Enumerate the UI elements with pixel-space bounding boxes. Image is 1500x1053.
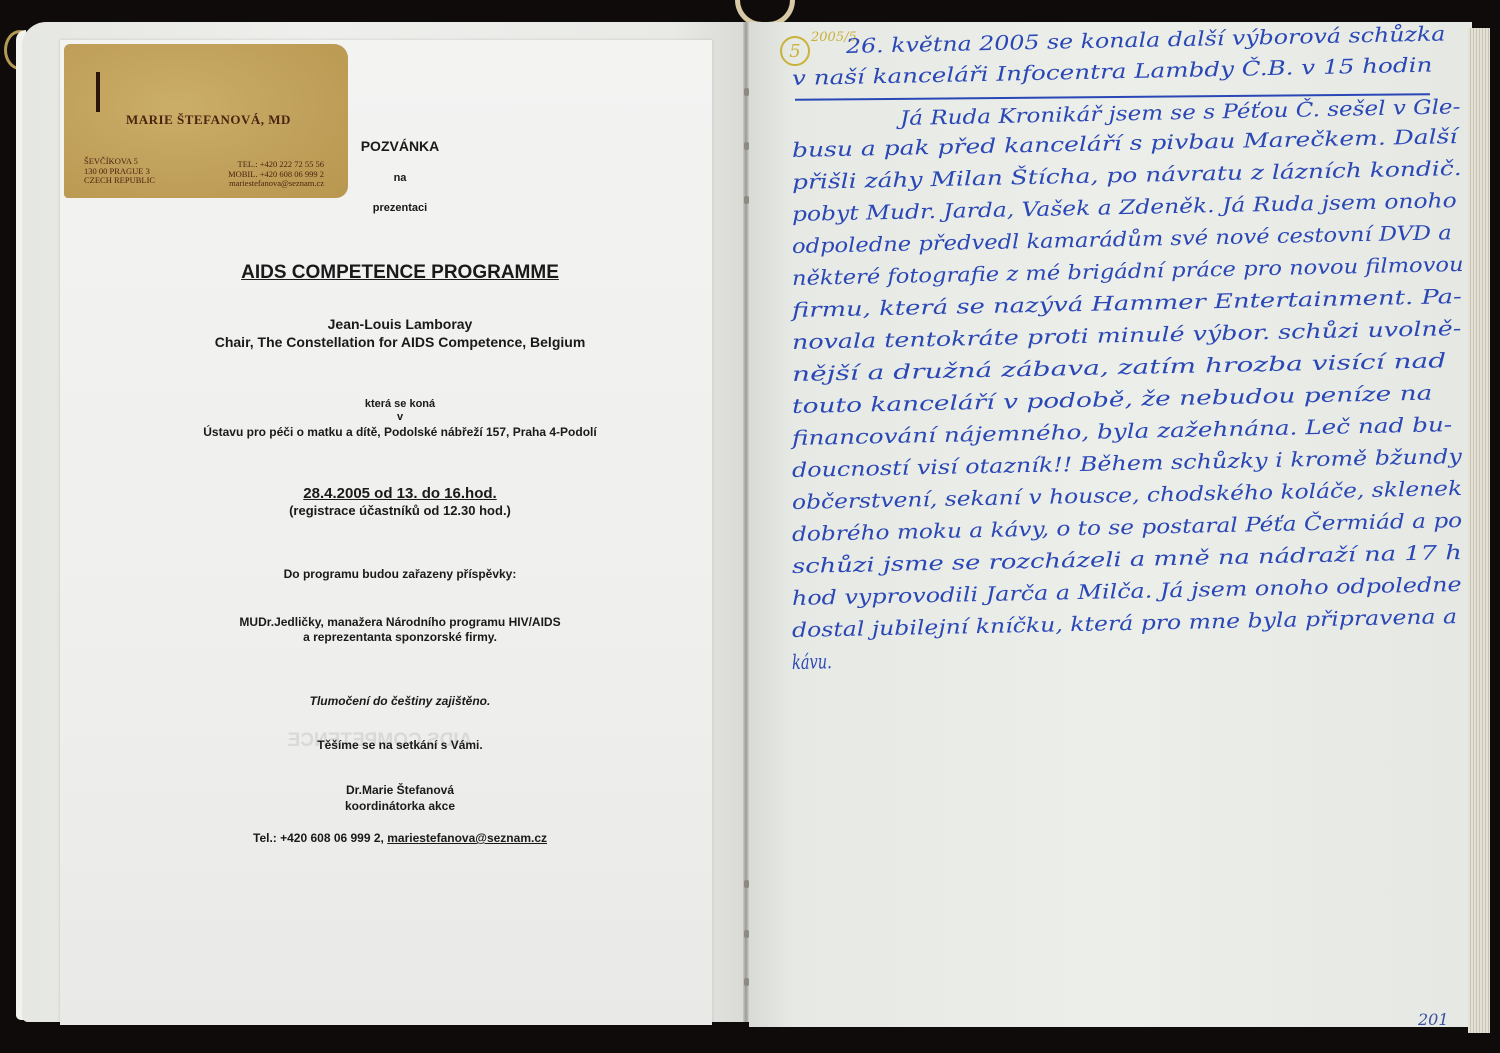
business-card: MARIE ŠTEFANOVÁ, MD ŠEVČÍKOVA 5 130 00 P… [64,44,348,198]
card-name: MARIE ŠTEFANOVÁ, MD [126,112,291,128]
speaker-role: Chair, The Constellation for AIDS Compet… [60,334,740,350]
translation-note: Tlumočení do češtiny zajištěno. [60,694,740,708]
invitation-na: na [340,172,460,184]
speaker-name: Jean-Louis Lamboray [60,316,740,332]
venue-intro: která se koná [60,398,740,410]
card-contact: TEL.: +420 222 72 55 56 MOBIL. +420 608 … [228,160,324,189]
closing: Těšíme se na setkání s Vámi. [60,738,740,752]
program-intro: Do programu budou zařazeny příspěvky: [60,567,740,581]
page-number: 201 [1418,1010,1449,1029]
journal-line: kávu. [792,649,832,674]
invitation-prezentaci: prezentaci [340,202,460,214]
venue-v: v [60,411,740,423]
signatory: Dr.Marie Štefanová [60,783,740,797]
card-mark [96,72,100,112]
signatory-role: koordinátorka akce [60,799,740,813]
entry-number: 5 [780,36,810,66]
right-page-edge [1468,28,1490,1033]
contact-email: mariestefanova@seznam.cz [387,831,547,845]
contributions-line-1: MUDr.Jedličky, manažera Národního progra… [60,615,740,629]
programme-title: AIDS COMPETENCE PROGRAMME [60,262,740,284]
contributions-line-2: a reprezentanta sponzorské firmy. [60,630,740,644]
registration-time: (registrace účastníků od 12.30 hod.) [60,503,740,518]
event-date-time: 28.4.2005 od 13. do 16.hod. [60,485,740,502]
venue: Ústavu pro péči o matku a dítě, Podolské… [60,425,740,439]
card-address: ŠEVČÍKOVA 5 130 00 PRAGUE 3 CZECH REPUBL… [84,157,155,186]
contact-line: Tel.: +420 608 06 999 2, mariestefanova@… [60,831,740,845]
invitation-heading: POZVÁNKA [340,138,460,154]
